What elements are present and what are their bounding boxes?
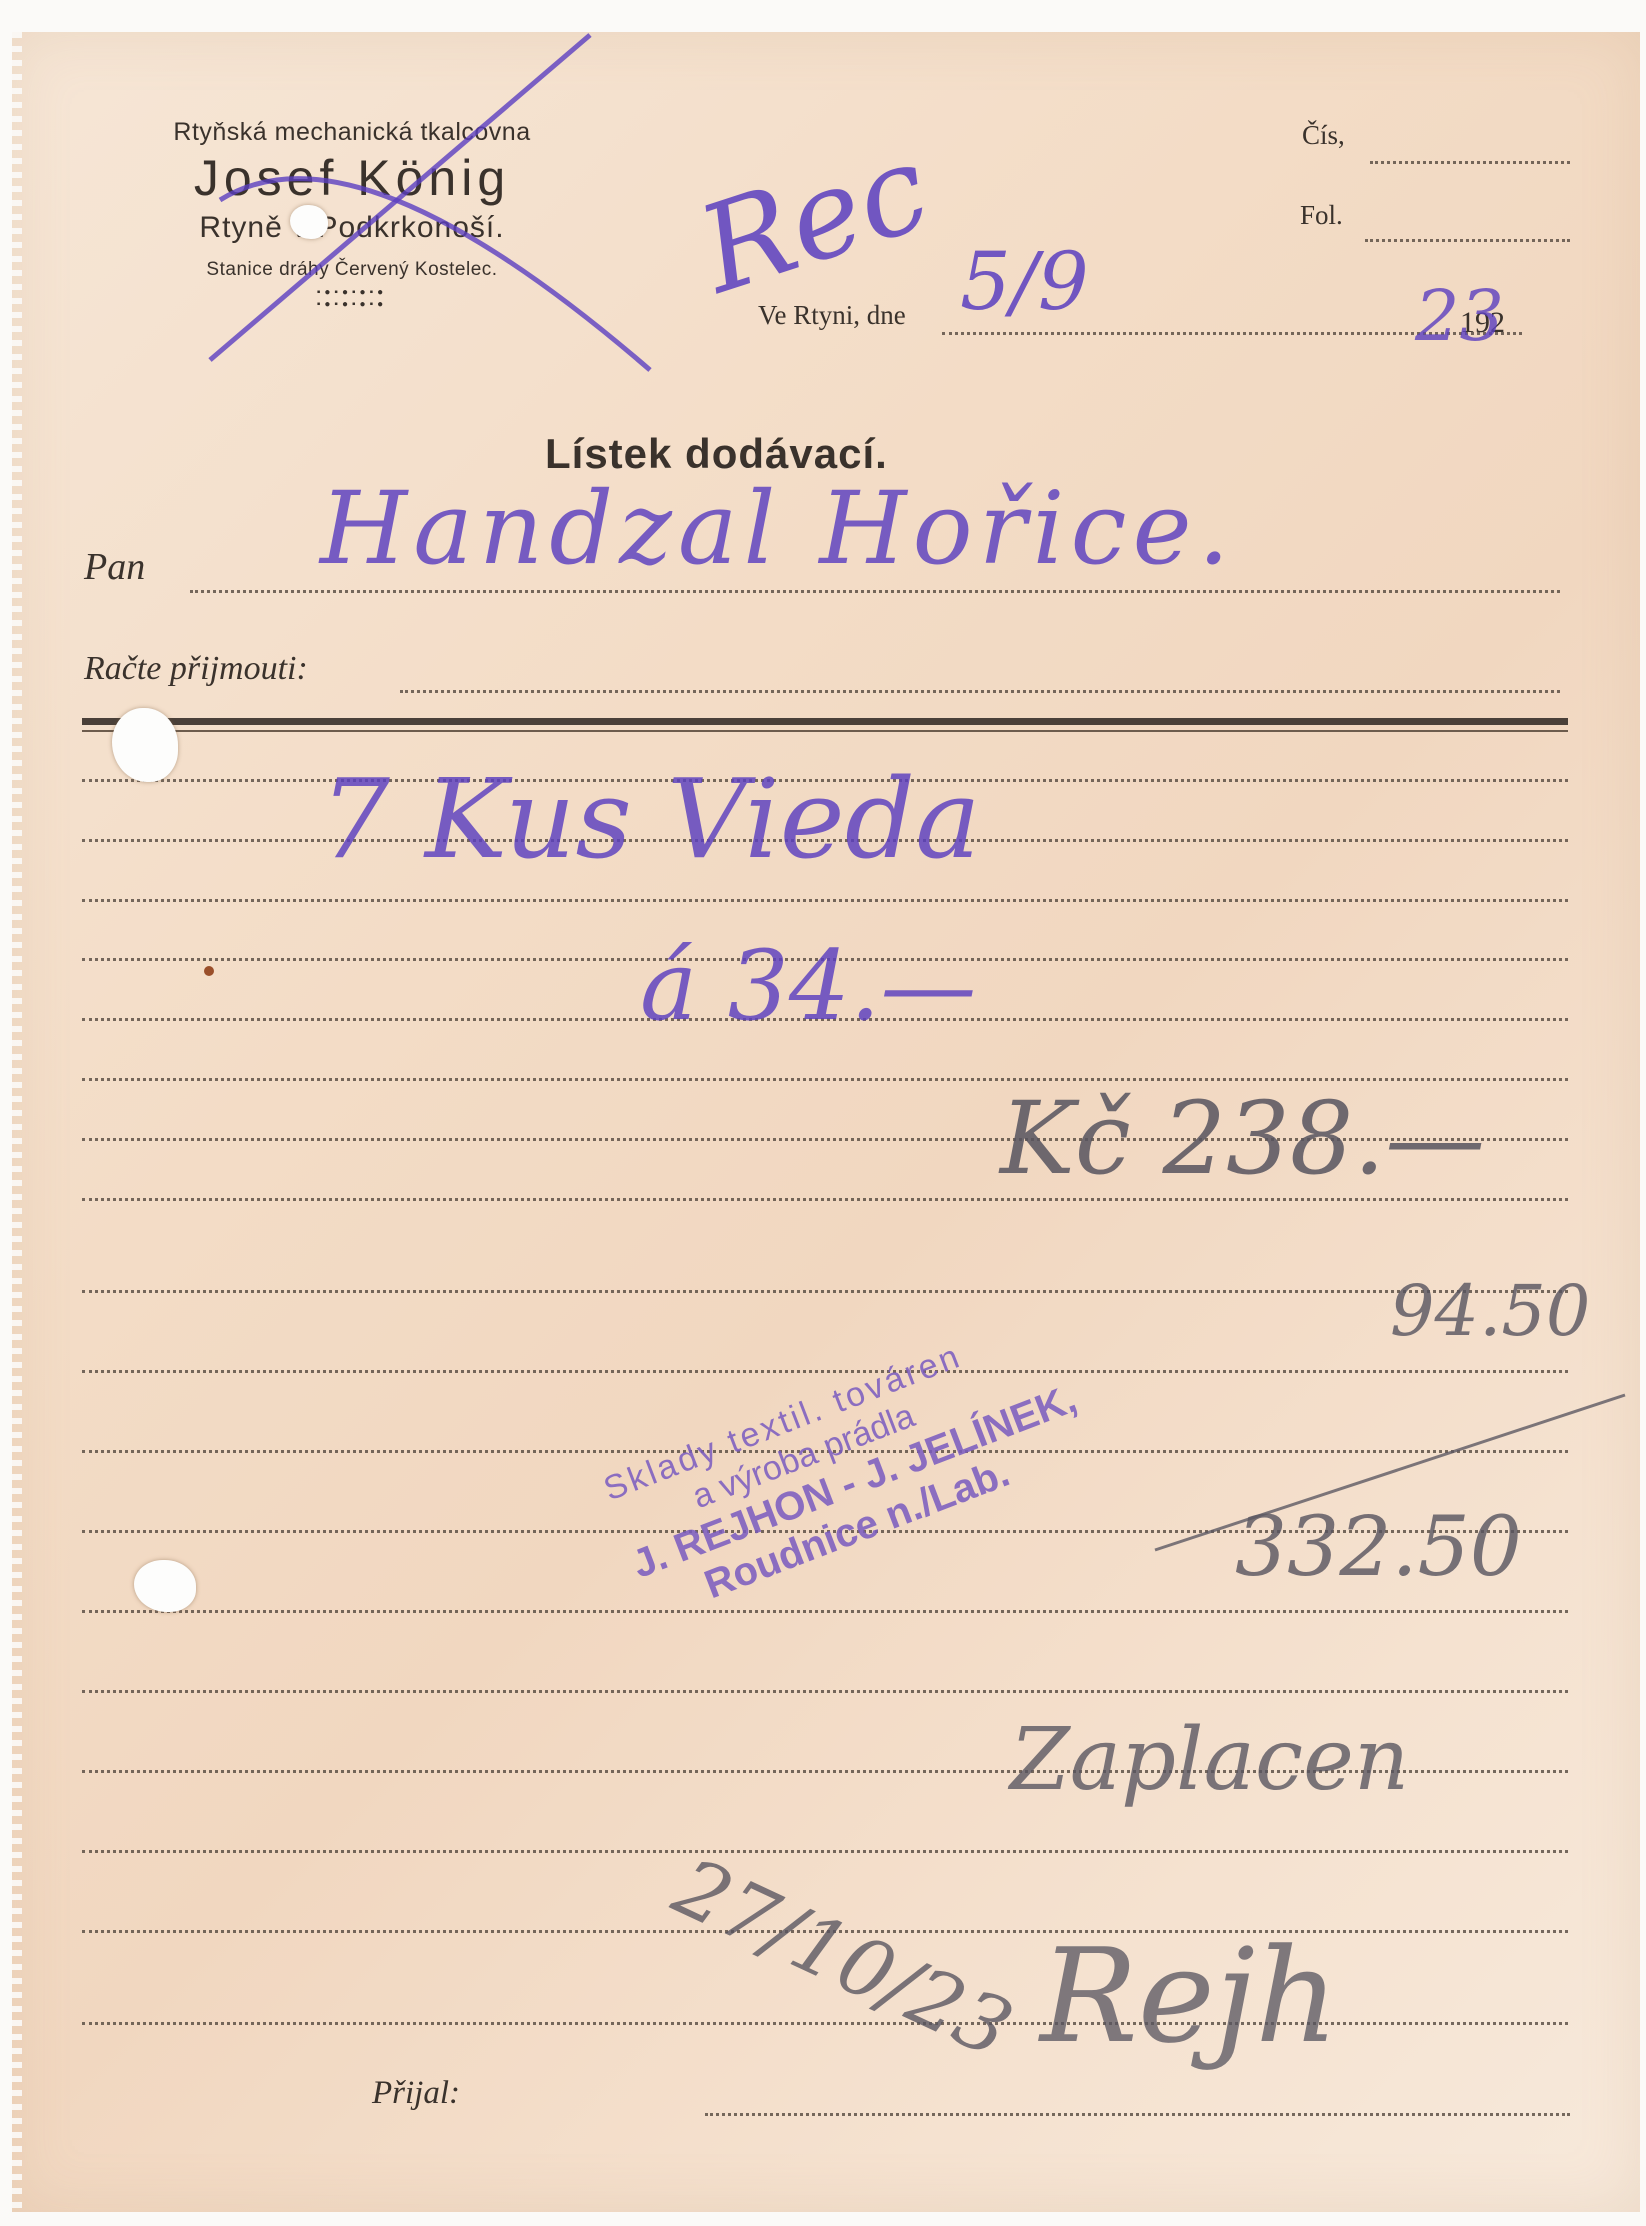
handwritten-unit-price: á 34.— <box>640 930 976 1042</box>
prijal-label: Přijal: <box>372 2075 460 2112</box>
ruled-line[interactable] <box>82 1290 1568 1293</box>
cross-out-mark <box>180 30 660 380</box>
pan-field[interactable] <box>190 590 1560 593</box>
ruled-line[interactable] <box>82 2022 1568 2025</box>
punch-hole <box>134 1560 196 1612</box>
divider-thin <box>82 730 1568 732</box>
prijmouti-field[interactable] <box>400 690 1560 693</box>
prijmouti-label: Račte přijmouti: <box>84 650 308 688</box>
fol-label: Fol. <box>1300 200 1343 231</box>
ruled-line[interactable] <box>82 899 1568 902</box>
ruled-line[interactable] <box>82 1850 1568 1853</box>
ruled-line[interactable] <box>82 1370 1568 1373</box>
fol-field[interactable] <box>1365 239 1570 242</box>
handwritten-customer: Handzal Hořice. <box>320 470 1236 587</box>
handwritten-year: 23 <box>1415 275 1504 357</box>
ruled-line[interactable] <box>82 1610 1568 1613</box>
handwritten-date: 5/9 <box>960 235 1089 328</box>
divider-thick <box>82 718 1568 725</box>
handwritten-total: Kč 238.— <box>1000 1080 1485 1197</box>
pan-label: Pan <box>84 545 145 589</box>
handwritten-paid-note: Zaplacen <box>1010 1710 1409 1810</box>
punch-hole <box>290 205 328 239</box>
handwritten-signature: Rejh <box>1040 1920 1339 2072</box>
cis-field[interactable] <box>1370 161 1570 164</box>
pencil-underline <box>1150 1390 1630 1560</box>
ruled-line[interactable] <box>82 1690 1568 1693</box>
handwritten-amount-2: 94.50 <box>1390 1270 1590 1352</box>
date-place-label: Ve Rtyni, dne <box>758 300 906 331</box>
prijal-field[interactable] <box>705 2113 1570 2116</box>
cis-label: Čís, <box>1302 120 1345 151</box>
handwritten-item-line: 7 Kus Vieda <box>320 755 981 883</box>
rust-spot <box>204 966 214 976</box>
ruled-line[interactable] <box>82 1198 1568 1201</box>
